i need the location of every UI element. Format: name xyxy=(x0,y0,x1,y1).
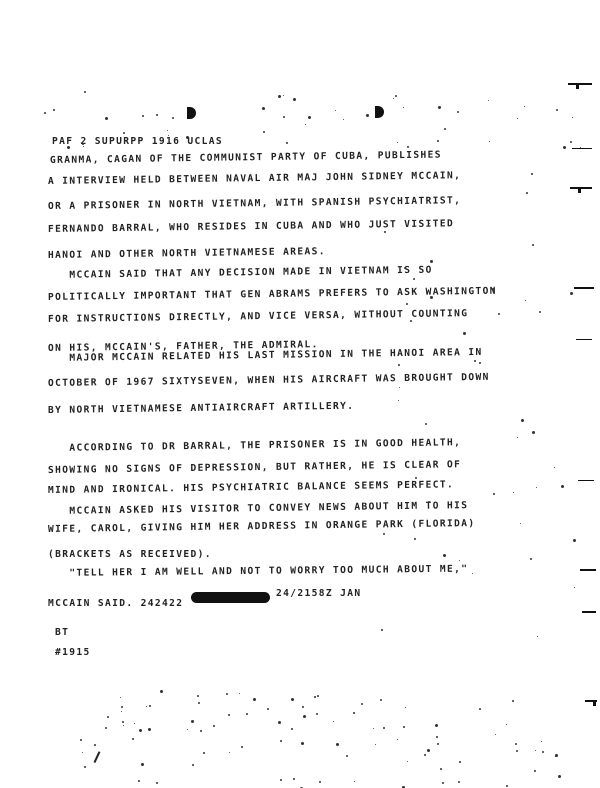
noise-speck xyxy=(436,736,438,738)
noise-speck xyxy=(425,423,427,425)
noise-speck xyxy=(397,142,398,143)
noise-speck xyxy=(558,775,561,778)
noise-speck xyxy=(146,706,147,707)
body-line: FERNANDO BARRAL, WHO RESIDES IN CUBA AND… xyxy=(48,218,454,235)
noise-speck xyxy=(463,332,466,335)
noise-speck xyxy=(142,115,144,117)
body-line: OR A PRISONER IN NORTH VIETNAM, WITH SPA… xyxy=(48,195,461,212)
noise-speck xyxy=(319,781,321,783)
noise-speck xyxy=(521,419,524,422)
noise-speck xyxy=(535,750,536,751)
noise-speck xyxy=(512,700,514,702)
noise-speck xyxy=(398,400,399,401)
noise-speck xyxy=(517,118,518,119)
noise-speck xyxy=(267,708,269,710)
noise-speck xyxy=(506,724,507,725)
signature-suffix: 24/2158Z JAN xyxy=(276,588,362,599)
noise-speck xyxy=(354,781,355,782)
noise-speck xyxy=(381,629,383,631)
noise-speck xyxy=(563,146,566,149)
body-line: "TELL HER I AM WELL AND NOT TO WORRY TOO… xyxy=(48,564,469,579)
noise-speck xyxy=(138,780,140,782)
body-line: OCTOBER OF 1967 SIXTYSEVEN, WHEN HIS AIR… xyxy=(48,372,490,389)
noise-speck xyxy=(530,558,532,560)
noise-speck xyxy=(541,741,542,742)
noise-speck xyxy=(283,95,284,96)
noise-speck xyxy=(253,698,256,701)
noise-speck xyxy=(302,706,304,708)
noise-speck xyxy=(488,100,489,101)
noise-speck xyxy=(132,738,134,740)
margin-tick-mark xyxy=(570,187,592,189)
noise-speck xyxy=(524,106,525,107)
body-line: SHOWING NO SIGNS OF DEPRESSION, BUT RATH… xyxy=(48,459,461,476)
noise-speck xyxy=(229,752,230,753)
noise-speck xyxy=(228,714,230,716)
noise-speck xyxy=(407,761,408,762)
noise-speck xyxy=(286,142,288,144)
noise-speck xyxy=(444,128,446,130)
noise-speck xyxy=(107,716,109,718)
noise-speck xyxy=(316,713,318,715)
noise-speck xyxy=(383,533,385,535)
noise-speck xyxy=(305,124,306,125)
noise-speck xyxy=(226,693,228,695)
body-line: ACCORDING TO DR BARRAL, THE PRISONER IS … xyxy=(48,437,461,454)
noise-speck xyxy=(172,117,174,119)
body-line: HANOI AND OTHER NORTH VIETNAMESE AREAS. xyxy=(48,246,326,261)
noise-speck xyxy=(373,728,374,729)
noise-speck xyxy=(570,141,572,143)
noise-speck xyxy=(410,320,412,322)
noise-speck xyxy=(513,492,514,493)
noise-speck xyxy=(314,696,316,698)
noise-speck xyxy=(398,364,400,366)
noise-speck xyxy=(67,146,70,149)
noise-speck xyxy=(393,98,394,99)
noise-speck xyxy=(336,743,339,746)
noise-speck xyxy=(383,727,385,729)
noise-speck xyxy=(572,117,573,118)
noise-speck xyxy=(187,729,188,730)
margin-tick-mark xyxy=(585,700,597,702)
noise-speck xyxy=(283,116,285,118)
noise-speck xyxy=(506,785,508,787)
header-line: PAF 2 SUPURPP 1916 UCLAS xyxy=(52,136,223,147)
noise-speck xyxy=(203,752,205,754)
body-line: (BRACKETS AS RECEIVED). xyxy=(48,549,212,560)
noise-speck xyxy=(435,724,438,727)
noise-speck xyxy=(426,291,428,293)
noise-speck xyxy=(542,751,544,753)
body-line: MCCAIN SAID. 242422 xyxy=(48,598,183,609)
noise-speck xyxy=(570,292,573,295)
noise-speck xyxy=(380,699,382,701)
noise-speck xyxy=(395,95,397,97)
margin-tick-mark xyxy=(580,569,596,571)
noise-speck xyxy=(498,313,500,315)
noise-speck xyxy=(407,146,409,148)
body-line: MIND AND IRONICAL. HIS PSYCHIATRIC BALAN… xyxy=(48,479,454,496)
noise-speck xyxy=(561,485,564,488)
noise-speck xyxy=(44,112,46,114)
punch-hole-mark xyxy=(375,106,384,118)
noise-speck xyxy=(430,296,433,299)
noise-speck xyxy=(293,778,295,780)
punch-hole-mark xyxy=(187,107,196,119)
noise-speck xyxy=(440,768,442,770)
noise-speck xyxy=(333,721,334,722)
noise-speck xyxy=(263,131,265,133)
noise-speck xyxy=(515,743,517,745)
redaction-block xyxy=(191,592,270,603)
noise-speck xyxy=(160,690,163,693)
noise-speck xyxy=(397,739,398,740)
noise-speck xyxy=(459,560,460,561)
noise-speck xyxy=(156,782,158,784)
footer-line: #1915 xyxy=(55,647,91,658)
noise-speck xyxy=(413,278,415,280)
noise-speck xyxy=(489,141,490,142)
noise-speck xyxy=(197,695,199,697)
noise-speck xyxy=(105,727,107,729)
noise-speck xyxy=(438,106,441,109)
noise-speck xyxy=(406,303,408,305)
noise-speck xyxy=(83,146,84,147)
noise-speck xyxy=(474,360,476,362)
noise-speck xyxy=(291,698,294,701)
noise-speck xyxy=(472,573,473,574)
noise-speck xyxy=(424,754,426,756)
noise-speck xyxy=(84,91,86,93)
noise-speck xyxy=(141,763,144,766)
noise-speck xyxy=(291,728,293,730)
noise-speck xyxy=(123,132,125,134)
noise-speck xyxy=(404,267,406,269)
noise-speck xyxy=(429,223,430,224)
noise-speck xyxy=(262,107,265,110)
body-line: POLITICALLY IMPORTANT THAT GEN ABRAMS PR… xyxy=(48,286,497,303)
noise-speck xyxy=(427,749,430,752)
noise-speck xyxy=(415,477,417,479)
noise-speck xyxy=(335,110,336,111)
noise-speck xyxy=(191,720,194,723)
noise-speck xyxy=(479,708,481,710)
noise-speck xyxy=(192,764,194,766)
noise-speck xyxy=(437,743,439,745)
margin-tick-mark xyxy=(568,83,592,85)
noise-speck xyxy=(403,726,405,728)
noise-speck xyxy=(534,770,536,772)
noise-speck xyxy=(278,95,281,98)
noise-speck xyxy=(134,723,135,724)
noise-speck xyxy=(167,130,168,131)
scan-mark xyxy=(94,751,100,763)
noise-speck xyxy=(293,98,296,101)
noise-speck xyxy=(121,706,123,708)
noise-speck xyxy=(343,119,344,120)
noise-speck xyxy=(246,713,248,715)
noise-speck xyxy=(148,728,151,731)
noise-speck xyxy=(525,300,526,301)
noise-speck xyxy=(405,707,406,708)
margin-tick-mark xyxy=(578,480,594,481)
noise-speck xyxy=(531,173,533,175)
noise-speck xyxy=(239,693,240,694)
noise-speck xyxy=(430,260,433,263)
noise-speck xyxy=(536,487,537,488)
noise-speck xyxy=(278,721,281,724)
body-line: BY NORTH VIETNAMESE ANTIAIRCRAFT ARTILLE… xyxy=(48,401,355,416)
noise-speck xyxy=(198,702,200,704)
noise-speck xyxy=(186,136,189,139)
noise-speck xyxy=(317,695,319,697)
noise-speck xyxy=(556,109,558,111)
noise-speck xyxy=(105,117,108,120)
noise-speck xyxy=(122,721,124,723)
noise-speck xyxy=(537,636,538,637)
noise-speck xyxy=(459,761,461,763)
noise-speck xyxy=(532,244,534,246)
noise-speck xyxy=(241,746,243,748)
noise-speck xyxy=(84,766,86,768)
noise-speck xyxy=(442,782,444,784)
noise-speck xyxy=(443,554,446,557)
body-line: A INTERVIEW HELD BETWEEN NAVAL AIR MAJ J… xyxy=(48,170,461,187)
margin-tick-mark xyxy=(576,339,592,340)
noise-speck xyxy=(94,744,96,746)
noise-speck xyxy=(493,493,495,495)
noise-speck xyxy=(123,725,124,726)
noise-speck xyxy=(520,523,521,524)
body-line: FOR INSTRUCTIONS DIRECTLY, AND VICE VERS… xyxy=(48,308,469,325)
noise-speck xyxy=(200,730,202,732)
noise-speck xyxy=(384,231,386,233)
noise-speck xyxy=(517,437,518,438)
noise-speck xyxy=(516,750,518,752)
noise-speck xyxy=(399,387,400,388)
body-line: MCCAIN SAID THAT ANY DECISION MADE IN VI… xyxy=(48,265,433,281)
noise-speck xyxy=(414,538,416,540)
noise-speck xyxy=(346,755,348,757)
noise-speck xyxy=(580,147,581,148)
noise-speck xyxy=(303,715,306,718)
noise-speck xyxy=(437,140,439,142)
margin-tick-mark xyxy=(582,611,596,613)
noise-speck xyxy=(495,734,496,735)
teletype-document: PAF 2 SUPURPP 1916 UCLAS GRANMA, CAGAN O… xyxy=(0,0,600,788)
noise-speck xyxy=(539,311,541,313)
noise-speck xyxy=(280,740,282,742)
noise-speck xyxy=(479,362,481,364)
noise-speck xyxy=(458,781,460,783)
noise-speck xyxy=(526,192,528,194)
noise-speck xyxy=(168,135,169,136)
noise-speck xyxy=(403,107,404,108)
noise-speck xyxy=(573,539,576,542)
noise-speck xyxy=(120,697,121,698)
noise-speck xyxy=(139,729,142,732)
body-line: MCCAIN ASKED HIS VISITOR TO CONVEY NEWS … xyxy=(48,500,469,517)
noise-speck xyxy=(149,705,151,707)
noise-speck xyxy=(574,587,575,588)
noise-speck xyxy=(121,711,122,712)
noise-speck xyxy=(353,712,355,714)
body-line: GRANMA, CAGAN OF THE COMMUNIST PARTY OF … xyxy=(50,150,442,166)
noise-speck xyxy=(457,111,459,113)
body-line: WIFE, CAROL, GIVING HIM HER ADDRESS IN O… xyxy=(48,518,476,535)
noise-speck xyxy=(366,114,369,117)
noise-speck xyxy=(308,116,311,119)
noise-speck xyxy=(361,703,363,705)
margin-tick-mark xyxy=(572,148,592,149)
noise-speck xyxy=(213,725,215,727)
noise-speck xyxy=(80,739,82,741)
noise-speck xyxy=(554,467,555,468)
footer-line: BT xyxy=(55,627,69,638)
noise-speck xyxy=(53,109,55,111)
noise-speck xyxy=(301,742,304,745)
noise-speck xyxy=(280,779,282,781)
noise-speck xyxy=(82,752,83,753)
noise-speck xyxy=(532,431,535,434)
margin-tick-mark xyxy=(574,287,594,289)
noise-speck xyxy=(375,744,376,745)
noise-speck xyxy=(156,114,158,116)
